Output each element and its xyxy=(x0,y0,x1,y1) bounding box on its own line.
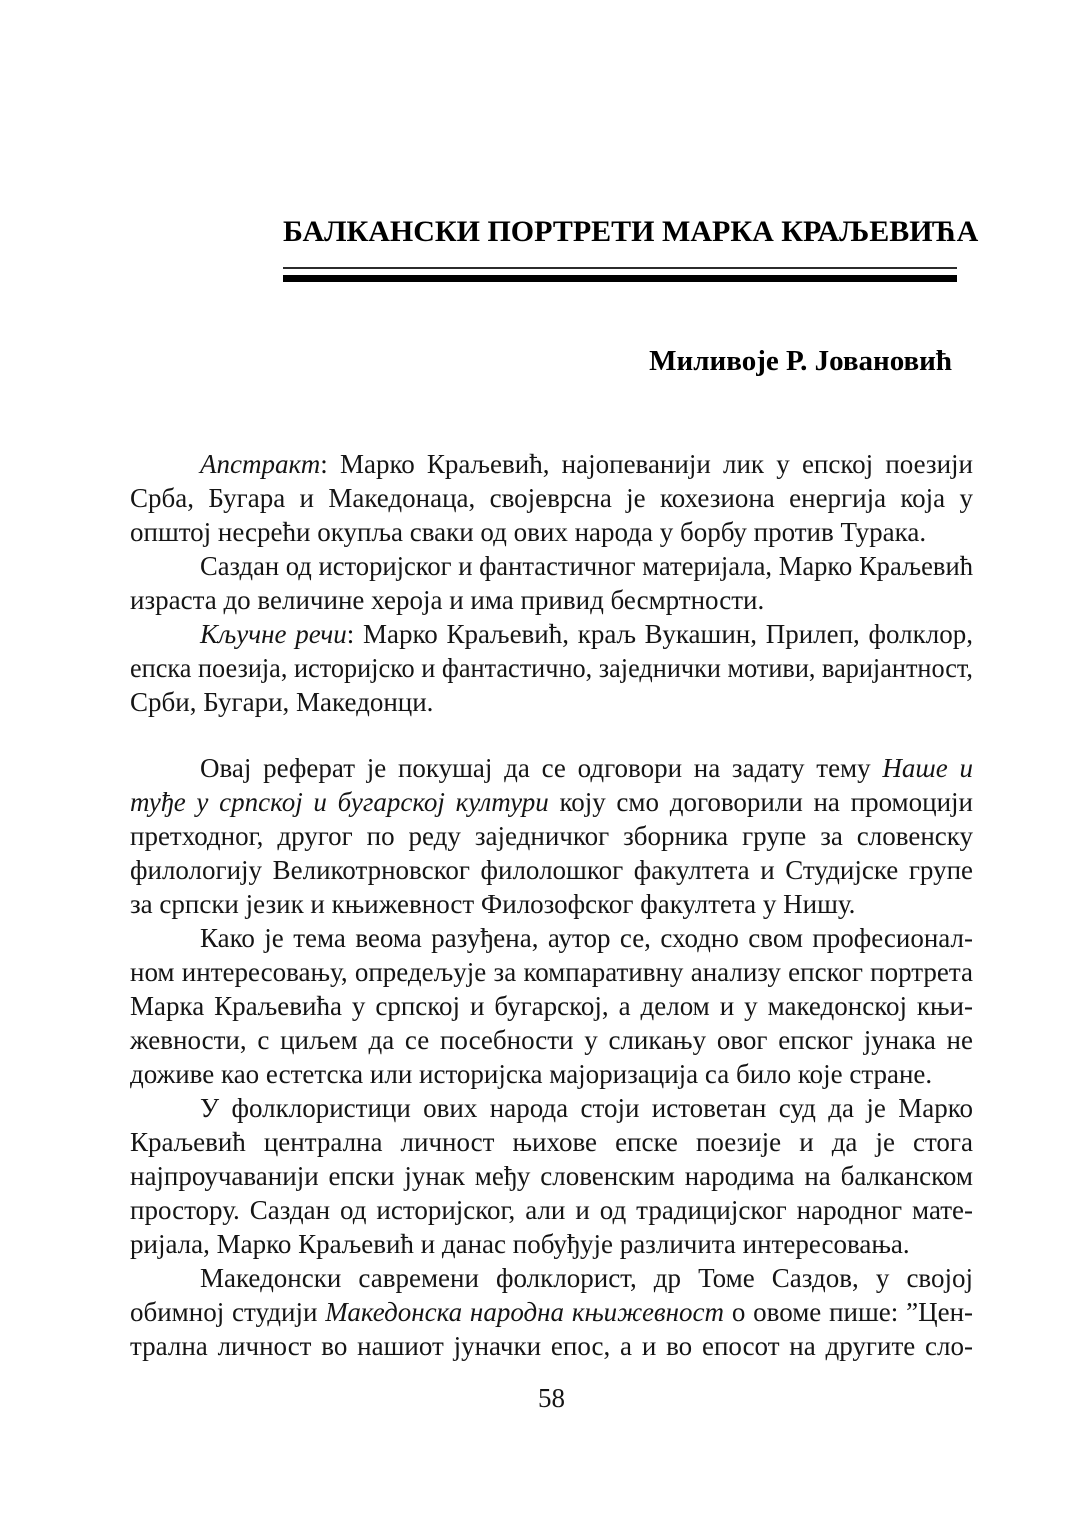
text-line-content: простору. Саздан од историјског, али и о… xyxy=(130,1193,973,1227)
italic-text-segment: Апстракт xyxy=(200,449,320,479)
text-line: филологију Великотрновског филолошког фа… xyxy=(130,853,973,887)
title-rule-thick xyxy=(283,275,957,282)
text-line-content: израста до величине хероја и има привид … xyxy=(130,583,764,617)
text-line: ријала, Марко Краљевић и данас побуђује … xyxy=(130,1227,973,1261)
text-line: жевности, с циљем да се посебности у сли… xyxy=(130,1023,973,1057)
text-line-content: општој несрећи окупља сваки од ових наро… xyxy=(130,515,926,549)
text-line: Апстракт: Марко Краљевић, најопеванији л… xyxy=(130,447,973,481)
text-line-content: Краљевић централна личност њихове епске … xyxy=(130,1125,973,1159)
text-segment: Марка Краљевића у српској и бугарској, а… xyxy=(130,991,973,1021)
text-line-content: обимној студији Македонска народна књиже… xyxy=(130,1295,973,1329)
text-line-content: туђе у српској и бугарској култури коју … xyxy=(130,785,973,819)
text-line: Срба, Бугара и Македонаца, својеврсна је… xyxy=(130,481,973,515)
text-line-content: епска поезија, историјско и фантастично,… xyxy=(130,651,973,685)
author-name: Миливоје Р. Јовановић xyxy=(130,344,952,378)
text-line: израста до величине хероја и има привид … xyxy=(130,583,973,617)
text-line: Како је тема веома разуђена, аутор се, с… xyxy=(130,921,973,955)
text-segment: Како је тема веома разуђена, аутор се, с… xyxy=(200,923,973,953)
text-segment: претходног, другог по реду заједничког з… xyxy=(130,821,973,851)
text-segment: најпроучаванији епски јунак међу словенс… xyxy=(130,1161,973,1191)
text-line-content: Како је тема веома разуђена, аутор се, с… xyxy=(200,921,973,955)
text-line: епска поезија, историјско и фантастично,… xyxy=(130,651,973,685)
text-line-content: трална личност во нашиот јуначки епос, а… xyxy=(130,1329,973,1363)
text-line: туђе у српској и бугарској култури коју … xyxy=(130,785,973,819)
author-name-text: Миливоје Р. Јовановић xyxy=(649,345,952,377)
text-segment: : Марко Краљевић, краљ Вукашин, Прилеп, … xyxy=(347,619,973,649)
text-segment: коју смо договорили на промоцији xyxy=(549,787,973,817)
text-segment: о овоме пише: ”Цен- xyxy=(724,1297,973,1327)
text-line-content: филологију Великотрновског филолошког фа… xyxy=(130,853,973,887)
text-line: Марка Краљевића у српској и бугарској, а… xyxy=(130,989,973,1023)
text-segment: простору. Саздан од историјског, али и о… xyxy=(130,1195,973,1225)
text-segment: епска поезија, историјско и фантастично,… xyxy=(130,653,973,683)
text-segment: Саздан од историјског и фантастичног мат… xyxy=(200,551,973,581)
title-rule-thin xyxy=(283,267,957,269)
text-segment: доживе као естетска или историјска мајор… xyxy=(130,1059,932,1089)
text-line-content: Македонски савремени фолклорист, др Томе… xyxy=(200,1261,973,1295)
text-line: трална личност во нашиот јуначки епос, а… xyxy=(130,1329,973,1363)
text-line-content: за српски језик и књижевност Филозофског… xyxy=(130,887,855,921)
text-segment: Срби, Бугари, Македонци. xyxy=(130,687,433,717)
article-title: БАЛКАНСКИ ПОРТРЕТИ МАРКА КРАЉЕВИЋА xyxy=(283,215,957,249)
abstract-block: Апстракт: Марко Краљевић, најопеванији л… xyxy=(130,447,973,719)
text-segment: Краљевић централна личност њихове епске … xyxy=(130,1127,973,1157)
text-line-content: Срби, Бугари, Македонци. xyxy=(130,685,433,719)
text-line: доживе као естетска или историјска мајор… xyxy=(130,1057,973,1091)
text-segment: за српски језик и књижевност Филозофског… xyxy=(130,889,855,919)
text-line-content: жевности, с циљем да се посебности у сли… xyxy=(130,1023,973,1057)
text-line-content: Марка Краљевића у српској и бугарској, а… xyxy=(130,989,973,1023)
italic-text-segment: Кључне речи xyxy=(200,619,347,649)
text-line-content: Апстракт: Марко Краљевић, најопеванији л… xyxy=(200,447,973,481)
text-line: Краљевић централна личност њихове епске … xyxy=(130,1125,973,1159)
text-segment: : Марко Краљевић, најопеванији лик у епс… xyxy=(320,449,973,479)
text-line: за српски језик и књижевност Филозофског… xyxy=(130,887,973,921)
text-line: ном интересовању, опредељује за компарат… xyxy=(130,955,973,989)
text-segment: трална личност во нашиот јуначки епос, а… xyxy=(130,1331,973,1361)
article-title-text: БАЛКАНСКИ ПОРТРЕТИ МАРКА КРАЉЕВИЋА xyxy=(283,215,978,248)
text-segment: Овај реферат је покушај да се одговори н… xyxy=(200,753,882,783)
text-segment: жевности, с циљем да се посебности у сли… xyxy=(130,1025,973,1055)
text-line: Овај реферат је покушај да се одговори н… xyxy=(130,751,973,785)
text-line: обимној студији Македонска народна књиже… xyxy=(130,1295,973,1329)
text-segment: У фолклористици ових народа стоји истове… xyxy=(200,1093,973,1123)
text-line: општој несрећи окупља сваки од ових наро… xyxy=(130,515,973,549)
text-line: најпроучаванији епски јунак међу словенс… xyxy=(130,1159,973,1193)
text-line-content: Саздан од историјског и фантастичног мат… xyxy=(200,549,973,583)
text-line: Кључне речи: Марко Краљевић, краљ Вукаши… xyxy=(130,617,973,651)
text-line: У фолклористици ових народа стоји истове… xyxy=(130,1091,973,1125)
text-line-content: доживе као естетска или историјска мајор… xyxy=(130,1057,932,1091)
text-segment: израста до величине хероја и има привид … xyxy=(130,585,764,615)
body-block: Овај реферат је покушај да се одговори н… xyxy=(130,751,973,1363)
text-line: Саздан од историјског и фантастичног мат… xyxy=(130,549,973,583)
text-line-content: најпроучаванији епски јунак међу словенс… xyxy=(130,1159,973,1193)
text-line-content: Срба, Бугара и Македонаца, својеврсна је… xyxy=(130,481,973,515)
italic-text-segment: Наше и xyxy=(882,753,973,783)
text-line: простору. Саздан од историјског, али и о… xyxy=(130,1193,973,1227)
text-line: Срби, Бугари, Македонци. xyxy=(130,685,973,719)
text-line-content: ријала, Марко Краљевић и данас побуђује … xyxy=(130,1227,910,1261)
text-line-content: претходног, другог по реду заједничког з… xyxy=(130,819,973,853)
text-segment: Срба, Бугара и Македонаца, својеврсна је… xyxy=(130,483,973,513)
text-segment: ријала, Марко Краљевић и данас побуђује … xyxy=(130,1229,910,1259)
italic-text-segment: Македонска народна књижевност xyxy=(325,1297,724,1327)
italic-text-segment: туђе у српској и бугарској култури xyxy=(130,787,549,817)
text-line: Македонски савремени фолклорист, др Томе… xyxy=(130,1261,973,1295)
text-segment: општој несрећи окупља сваки од ових наро… xyxy=(130,517,926,547)
page-number: 58 xyxy=(130,1381,973,1415)
text-segment: обимној студији xyxy=(130,1297,325,1327)
scanned-document-page: БАЛКАНСКИ ПОРТРЕТИ МАРКА КРАЉЕВИЋА Милив… xyxy=(0,0,1080,1530)
text-segment: филологију Великотрновског филолошког фа… xyxy=(130,855,973,885)
text-line-content: ном интересовању, опредељује за компарат… xyxy=(130,955,973,989)
text-line: претходног, другог по реду заједничког з… xyxy=(130,819,973,853)
text-line-content: У фолклористици ових народа стоји истове… xyxy=(200,1091,973,1125)
text-line-content: Кључне речи: Марко Краљевић, краљ Вукаши… xyxy=(200,617,973,651)
text-segment: Македонски савремени фолклорист, др Томе… xyxy=(200,1263,973,1293)
text-segment: ном интересовању, опредељује за компарат… xyxy=(130,957,973,987)
text-line-content: Овај реферат је покушај да се одговори н… xyxy=(200,751,973,785)
